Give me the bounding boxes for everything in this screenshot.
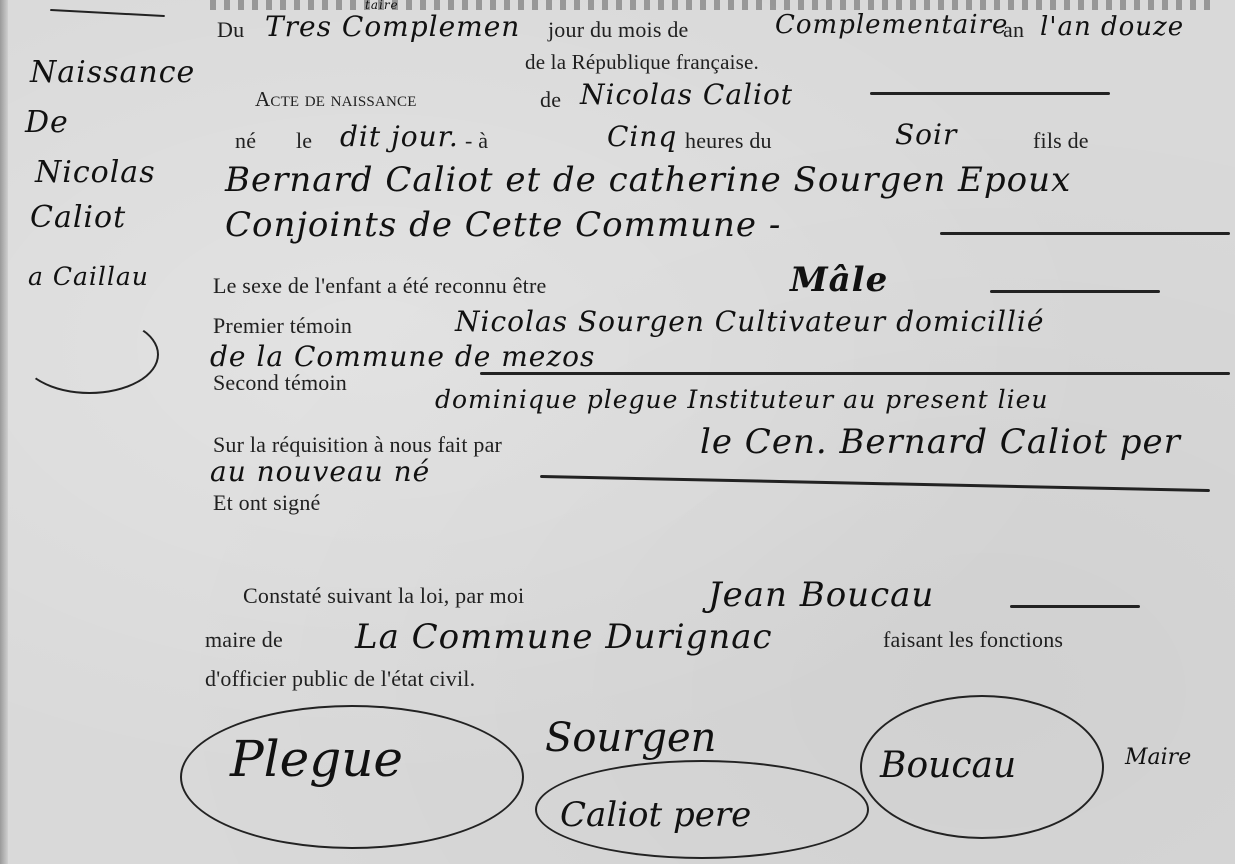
header-jour-du-mois: jour du mois de: [548, 17, 689, 43]
acte-title-de: de: [540, 87, 561, 113]
header-month: Complementaire: [775, 10, 1008, 40]
witness1-rule: [480, 372, 1230, 375]
margin-line-5: a Caillau: [28, 262, 149, 291]
top-decorative-rule: [210, 0, 1210, 10]
witness1-value-line2: de la Commune de mezos: [210, 340, 595, 373]
margin-top-rule: [50, 9, 165, 17]
signature-caliot-pere: Caliot pere: [560, 795, 751, 835]
certification-line3: d'officier public de l'état civil.: [205, 666, 475, 692]
header-republique: de la République française.: [525, 50, 759, 75]
mayor-rule: [1010, 605, 1140, 608]
certification-line2-suffix: faisant les fonctions: [883, 627, 1063, 653]
signature-boucau: Boucau: [880, 745, 1016, 786]
margin-line-3: Nicolas: [35, 155, 156, 190]
witness2-value: dominique plegue Instituteur au present …: [435, 385, 1048, 414]
fils-de-label: fils de: [1033, 128, 1089, 154]
born-date: dit jour.: [340, 120, 459, 153]
requisition-value-line2: au nouveau né: [210, 455, 430, 488]
witness2-label: Second témoin: [213, 370, 347, 396]
a-label: - à: [465, 128, 488, 154]
sex-rule: [990, 290, 1160, 293]
header-an: an: [1003, 17, 1024, 43]
margin-line-4: Caliot: [30, 200, 126, 235]
certification-maire-de: maire de: [205, 627, 283, 653]
document-page: Naissance De Nicolas Caliot a Caillau Du…: [0, 0, 1235, 864]
signature-sourgen: Sourgen: [545, 715, 716, 761]
time-of-day: Soir: [895, 118, 957, 151]
child-name-rule: [870, 92, 1110, 95]
birth-hour: Cinq: [607, 120, 677, 153]
parents-rule: [940, 232, 1230, 235]
signed-label: Et ont signé: [213, 490, 321, 516]
signature-maire: Maire: [1125, 745, 1191, 770]
requisition-rule: [540, 475, 1210, 492]
parents-line: Bernard Caliot et de catherine Sourgen E…: [225, 160, 1071, 200]
requisition-value-line1: le Cen. Bernard Caliot per: [700, 422, 1181, 462]
commune-name: La Commune Durignac: [355, 617, 773, 657]
header-day-superscript: taire: [365, 0, 399, 12]
header-day: Tres Complemen: [265, 10, 520, 43]
sex-value: Mâle: [790, 260, 888, 300]
heures-label: heures du: [685, 128, 772, 154]
parents-line-2: Conjoints de Cette Commune -: [225, 205, 781, 245]
header-du: Du: [217, 17, 244, 43]
mayor-name: Jean Boucau: [708, 575, 934, 615]
le-label: le: [296, 128, 312, 154]
certification-line1: Constaté suivant la loi, par moi: [243, 583, 524, 609]
witness1-label: Premier témoin: [213, 313, 352, 339]
signature-plegue: Plegue: [230, 730, 403, 788]
page-edge: [0, 0, 8, 864]
margin-line-2: De: [25, 105, 69, 140]
witness1-value-line1: Nicolas Sourgen Cultivateur domicillié: [455, 305, 1044, 338]
acte-title: Acte de naissance: [255, 87, 417, 112]
born-label: né: [235, 128, 256, 154]
header-year: l'an douze: [1040, 12, 1184, 42]
sex-label: Le sexe de l'enfant a été reconnu être: [213, 273, 546, 299]
child-name: Nicolas Caliot: [580, 78, 793, 111]
margin-line-1: Naissance: [30, 55, 195, 90]
margin-flourish: [20, 315, 159, 394]
